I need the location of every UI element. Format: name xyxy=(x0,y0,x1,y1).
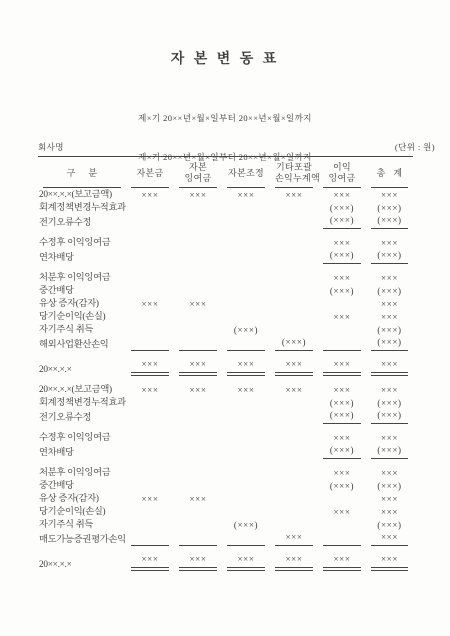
table-row: 중간배당 (×××) (×××) xyxy=(38,284,413,297)
cell-value: (×××) xyxy=(323,249,361,264)
col-header-total: 총 계 xyxy=(371,161,408,188)
table-row: 유상 증자(감자) ××× ××× ××× xyxy=(38,297,413,310)
cell-value: ××× xyxy=(275,358,313,376)
cell-value: (×××) xyxy=(323,202,361,214)
cell-value: ××× xyxy=(323,432,361,444)
cell-value: ××× xyxy=(131,298,169,310)
cell-value: (×××) xyxy=(371,397,408,409)
cell-value: ××× xyxy=(131,553,169,571)
row-label: 당기순이익(손실) xyxy=(38,310,126,323)
cell-value: ××× xyxy=(323,237,361,249)
document-title: 자 본 변 동 표 xyxy=(0,48,450,68)
cell-value: ××× xyxy=(371,298,408,310)
cell-value: (×××) xyxy=(371,519,408,531)
cell-value: ××× xyxy=(323,384,361,396)
cell-value: ××× xyxy=(131,493,169,505)
cell-value: ××× xyxy=(371,358,408,376)
cell-value: ××× xyxy=(227,358,265,376)
col-header-accumulated-oci: 기타포괄 손익누계액 xyxy=(275,160,313,188)
col-header-capital-surplus: 자본 잉여금 xyxy=(179,160,217,188)
cell-value: (×××) xyxy=(371,409,408,424)
cell-value: ××× xyxy=(371,311,408,323)
row-label: 해외사업환산손익 xyxy=(38,336,126,351)
cell-value: ××× xyxy=(131,358,169,376)
cell-value: (×××) xyxy=(323,285,361,297)
row-label: 20××.×.×(보고금액) xyxy=(38,376,126,396)
row-label: 자기주식 취득 xyxy=(38,323,126,336)
row-label: 전기오류수정 xyxy=(38,214,126,229)
table-row: 20××.×.× ××× ××× ××× ××× ××× ××× xyxy=(38,351,413,376)
table-row: 회계정책변경누적효과 (×××) (×××) xyxy=(38,396,413,409)
cell-value: (×××) xyxy=(371,249,408,264)
row-label: 수정후 이익잉여금 xyxy=(38,229,126,249)
cell-value: ××× xyxy=(371,531,408,546)
row-label: 중간배당 xyxy=(38,479,126,492)
cell-value: (×××) xyxy=(323,480,361,492)
cell-value: ××× xyxy=(227,189,265,201)
table-row: 20××.×.×(보고금액) ××× ××× ××× ××× ××× ××× xyxy=(38,376,413,396)
cell-value: ××× xyxy=(227,384,265,396)
table-row: 당기순이익(손실) ××× ××× xyxy=(38,505,413,518)
table-row: 수정후 이익잉여금 ××× ××× xyxy=(38,229,413,249)
cell-value: ××× xyxy=(275,384,313,396)
table-row: 유상 증자(감자) ××× ××× ××× xyxy=(38,492,413,505)
cell-value: (×××) xyxy=(371,285,408,297)
document-page: 자 본 변 동 표 제×기 20××년×월×일부터 20××년×월×일까지 제×… xyxy=(0,0,450,636)
cell-value: (×××) xyxy=(371,214,408,229)
cell-value: (×××) xyxy=(371,336,408,351)
table-row: 연차배당 (×××) (×××) xyxy=(38,444,413,459)
cell-value: (×××) xyxy=(227,519,265,531)
cell-value: ××× xyxy=(179,189,217,201)
cell-value: (×××) xyxy=(371,202,408,214)
table-row: 중간배당 (×××) (×××) xyxy=(38,479,413,492)
col-header-capital-stock: 자본금 xyxy=(131,161,169,188)
cell-value: (×××) xyxy=(323,409,361,424)
table-row: 20××.×.× ××× ××× ××× ××× ××× ××× xyxy=(38,546,413,571)
table-row: 처분후 이익잉여금 ××× ××× xyxy=(38,264,413,284)
row-label: 처분후 이익잉여금 xyxy=(38,459,126,479)
company-name-label: 회사명 xyxy=(38,141,64,153)
row-label: 유상 증자(감자) xyxy=(38,492,126,505)
row-label: 유상 증자(감자) xyxy=(38,297,126,310)
table-row: 전기오류수정 (×××) (×××) xyxy=(38,214,413,229)
cell-value: (×××) xyxy=(323,397,361,409)
cell-value: (×××) xyxy=(371,480,408,492)
table-row: 20××.×.×(보고금액) ××× ××× ××× ××× ××× ××× xyxy=(38,188,413,201)
cell-value: (×××) xyxy=(227,324,265,336)
row-label: 20××.×.× xyxy=(38,351,126,376)
row-label: 20××.×.×(보고금액) xyxy=(38,188,126,201)
cell-value: ××× xyxy=(275,531,313,546)
row-label: 회계정책변경누적효과 xyxy=(38,201,126,214)
cell-value: ××× xyxy=(323,189,361,201)
cell-value: ××× xyxy=(131,189,169,201)
table-row: 매도가능증권평가손익 ××× ××× xyxy=(38,531,413,546)
cell-value: ××× xyxy=(371,553,408,571)
unit-label: (단위 : 원) xyxy=(395,141,435,153)
cell-value: ××× xyxy=(323,311,361,323)
cell-value: ××× xyxy=(371,384,408,396)
cell-value: ××× xyxy=(323,467,361,479)
row-label: 자기주식 취득 xyxy=(38,518,126,531)
col-header-capital-adjustment: 자본조정 xyxy=(227,161,265,188)
cell-value: ××× xyxy=(371,189,408,201)
period-line-1: 제×기 20××년×월×일부터 20××년×월×일까지 xyxy=(0,112,450,125)
table-row: 해외사업환산손익 (×××) (×××) xyxy=(38,336,413,351)
cell-value: ××× xyxy=(323,358,361,376)
cell-value: ××× xyxy=(371,432,408,444)
cell-value: (×××) xyxy=(371,444,408,459)
cell-value: (×××) xyxy=(323,444,361,459)
row-label: 연차배당 xyxy=(38,444,126,459)
col-header-gubun: 구 분 xyxy=(43,161,121,188)
row-label: 회계정책변경누적효과 xyxy=(38,396,126,409)
cell-value: ××× xyxy=(323,506,361,518)
row-label: 당기순이익(손실) xyxy=(38,505,126,518)
cell-value: ××× xyxy=(371,272,408,284)
cell-value: ××× xyxy=(371,467,408,479)
row-label: 수정후 이익잉여금 xyxy=(38,424,126,444)
cell-value: ××× xyxy=(275,553,313,571)
col-header-retained-earnings: 이익 잉여금 xyxy=(323,160,361,188)
cell-value: ××× xyxy=(323,272,361,284)
cell-value: ××× xyxy=(179,358,217,376)
cell-value: (×××) xyxy=(371,324,408,336)
cell-value: ××× xyxy=(179,384,217,396)
table-row: 전기오류수정 (×××) (×××) xyxy=(38,409,413,424)
row-label: 처분후 이익잉여금 xyxy=(38,264,126,284)
cell-value: ××× xyxy=(179,493,217,505)
table-row: 자기주식 취득 (×××) (×××) xyxy=(38,518,413,531)
row-label: 20××.×.× xyxy=(38,546,126,571)
table-row: 당기순이익(손실) ××× ××× xyxy=(38,310,413,323)
cell-value: ××× xyxy=(179,298,217,310)
cell-value: ××× xyxy=(323,553,361,571)
cell-value: ××× xyxy=(179,553,217,571)
row-label: 전기오류수정 xyxy=(38,409,126,424)
cell-value: ××× xyxy=(371,506,408,518)
header-row: 구 분 자본금 자본 잉여금 자본조정 기타포괄 손익누계액 이익 잉여금 총 … xyxy=(38,157,413,189)
cell-value: ××× xyxy=(371,493,408,505)
cell-value: (×××) xyxy=(323,214,361,229)
table-row: 회계정책변경누적효과 (×××) (×××) xyxy=(38,201,413,214)
cell-value: (×××) xyxy=(275,336,313,351)
cell-value: ××× xyxy=(275,189,313,201)
table-row: 자기주식 취득 (×××) (×××) xyxy=(38,323,413,336)
row-label: 매도가능증권평가손익 xyxy=(38,531,126,546)
equity-changes-table: 구 분 자본금 자본 잉여금 자본조정 기타포괄 손익누계액 이익 잉여금 총 … xyxy=(38,156,413,571)
cell-value: ××× xyxy=(371,237,408,249)
row-label: 연차배당 xyxy=(38,249,126,264)
cell-value: ××× xyxy=(131,384,169,396)
table-row: 처분후 이익잉여금 ××× ××× xyxy=(38,459,413,479)
cell-value: ××× xyxy=(227,553,265,571)
table-row: 수정후 이익잉여금 ××× ××× xyxy=(38,424,413,444)
meta-row: 회사명 (단위 : 원) xyxy=(38,141,435,153)
table-row: 연차배당 (×××) (×××) xyxy=(38,249,413,264)
row-label: 중간배당 xyxy=(38,284,126,297)
